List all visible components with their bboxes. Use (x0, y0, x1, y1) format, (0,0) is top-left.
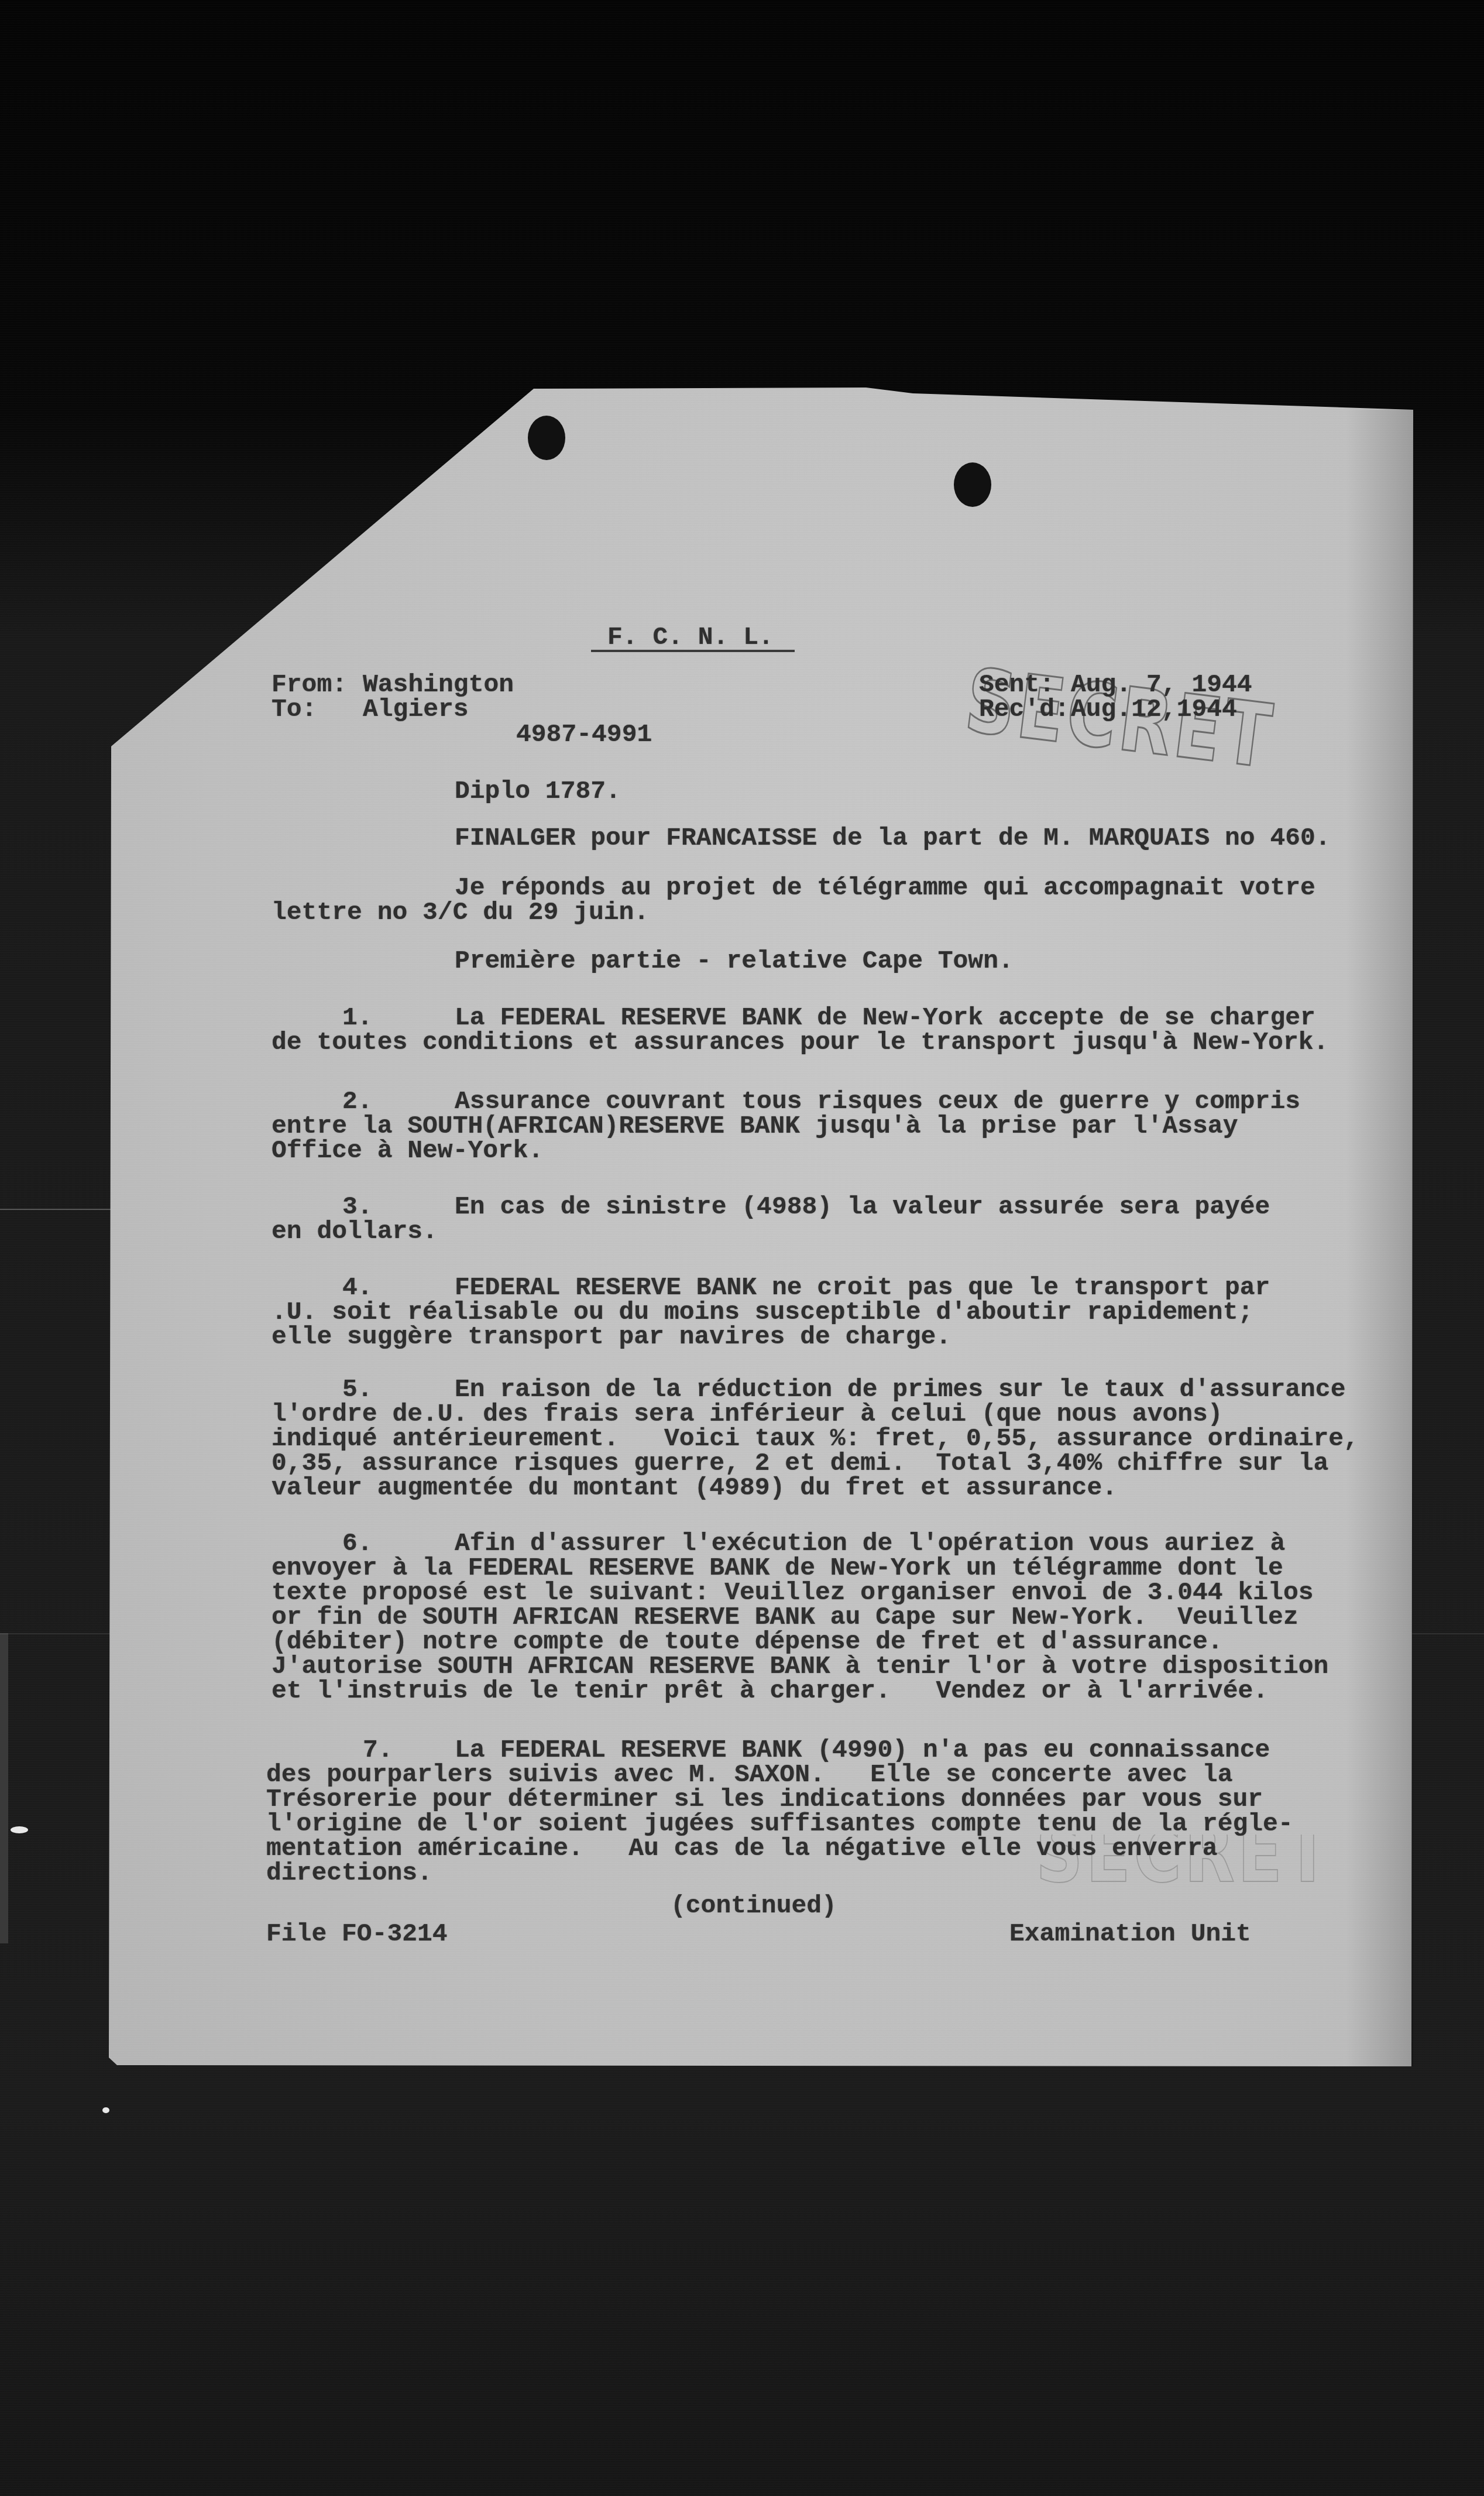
paragraph-line: des pourparlers suivis avec M. SAXON. El… (266, 1762, 1232, 1787)
sent-label: Sent: (979, 672, 1054, 697)
punch-hole-right (954, 462, 991, 507)
paragraph-line: Trésorerie pour déterminer si les indica… (266, 1787, 1263, 1812)
paragraph-line: (débiter) notre compte de toute dépense … (272, 1629, 1223, 1654)
paragraph-number: 7. (363, 1737, 393, 1763)
file-reference: File FO-3214 (266, 1921, 448, 1946)
paragraph-line: J'autorise SOUTH AFRICAN RESERVE BANK à … (272, 1654, 1328, 1679)
paragraph-line: La FEDERAL RESERVE BANK de New-York acce… (455, 1005, 1315, 1030)
paragraph-line: Office à New-York. (272, 1138, 543, 1163)
from-value: Washington (363, 672, 514, 697)
from-label: From: (272, 672, 347, 697)
received-date: Aug.12,1944 (1071, 697, 1237, 722)
paragraph-number: 3. (342, 1194, 373, 1219)
received-label: Rec'd: (979, 697, 1070, 722)
paragraph-line: Assurance couvrant tous risques ceux de … (455, 1089, 1300, 1114)
paragraph-number: 1. (342, 1005, 373, 1030)
paragraph-line: l'ordre de.U. des frais sera inférieur à… (272, 1401, 1223, 1427)
paragraph-line: or fin de SOUTH AFRICAN RESERVE BANK au … (272, 1604, 1298, 1630)
paper-edge-shadow (1346, 410, 1413, 2066)
paragraph-line: En cas de sinistre (4988) la valeur assu… (455, 1194, 1270, 1219)
paragraph-line: en dollars. (272, 1219, 438, 1244)
paragraph-line: indiqué antérieurement. Voici taux %: fr… (272, 1426, 1359, 1451)
film-speck (102, 2107, 109, 2113)
paragraph-line: 0,35, assurance risques guerre, 2 et dem… (272, 1451, 1328, 1476)
to-value: Algiers (363, 697, 469, 722)
paragraph-line: .U. soit réalisable ou du moins suscepti… (272, 1300, 1253, 1325)
to-label: To: (272, 697, 317, 722)
paragraph-line: elle suggère transport par navires de ch… (272, 1324, 951, 1349)
paragraph-line: et l'instruis de le tenir prêt à charger… (272, 1678, 1268, 1703)
continued-note: (continued) (671, 1893, 837, 1918)
paragraph-line: mentation américaine. Au cas de la négat… (266, 1836, 1218, 1861)
paragraph-line: envoyer à la FEDERAL RESERVE BANK de New… (272, 1555, 1283, 1580)
film-speck (11, 1826, 28, 1833)
paragraph-number: 4. (342, 1275, 373, 1300)
paragraph-line: directions. (266, 1860, 432, 1885)
punch-hole-left (528, 416, 565, 460)
paragraph-number: 6. (342, 1531, 373, 1556)
paragraph-line: l'origine de l'or soient jugées suffisan… (266, 1811, 1293, 1836)
diplo-reference: Diplo 1787. (455, 779, 621, 804)
agency-title-underline (591, 650, 795, 652)
paragraph-line: FEDERAL RESERVE BANK ne croit pas que le… (455, 1275, 1270, 1300)
agency-title: F. C. N. L. (607, 625, 774, 650)
sent-date: Aug. 7, 1944 (1071, 672, 1252, 697)
paragraph-line: entre la SOUTH(AFRICAN)RESERVE BANK jusq… (272, 1113, 1238, 1139)
intro-line: lettre no 3/C du 29 juin. (272, 900, 649, 925)
addressing-line: FINALGER pour FRANCAISSE de la part de M… (455, 825, 1331, 851)
film-strip-edge (0, 1633, 8, 1943)
paragraph-number: 2. (342, 1089, 373, 1114)
paragraph-line: En raison de la réduction de primes sur … (455, 1377, 1345, 1402)
intro-line: Je réponds au projet de télégramme qui a… (455, 875, 1315, 900)
examination-unit: Examination Unit (1009, 1921, 1251, 1946)
section-title: Première partie - relative Cape Town. (455, 948, 1014, 973)
paragraph-line: de toutes conditions et assurances pour … (272, 1030, 1328, 1055)
paragraph-line: texte proposé est le suivant: Veuillez o… (272, 1580, 1314, 1605)
paragraph-line: La FEDERAL RESERVE BANK (4990) n'a pas e… (455, 1737, 1270, 1763)
paragraph-number: 5. (342, 1377, 373, 1402)
paragraph-line: Afin d'assurer l'exécution de l'opératio… (455, 1531, 1285, 1556)
message-numbers: 4987-4991 (516, 722, 652, 747)
paragraph-line: valeur augmentée du montant (4989) du fr… (272, 1475, 1117, 1500)
